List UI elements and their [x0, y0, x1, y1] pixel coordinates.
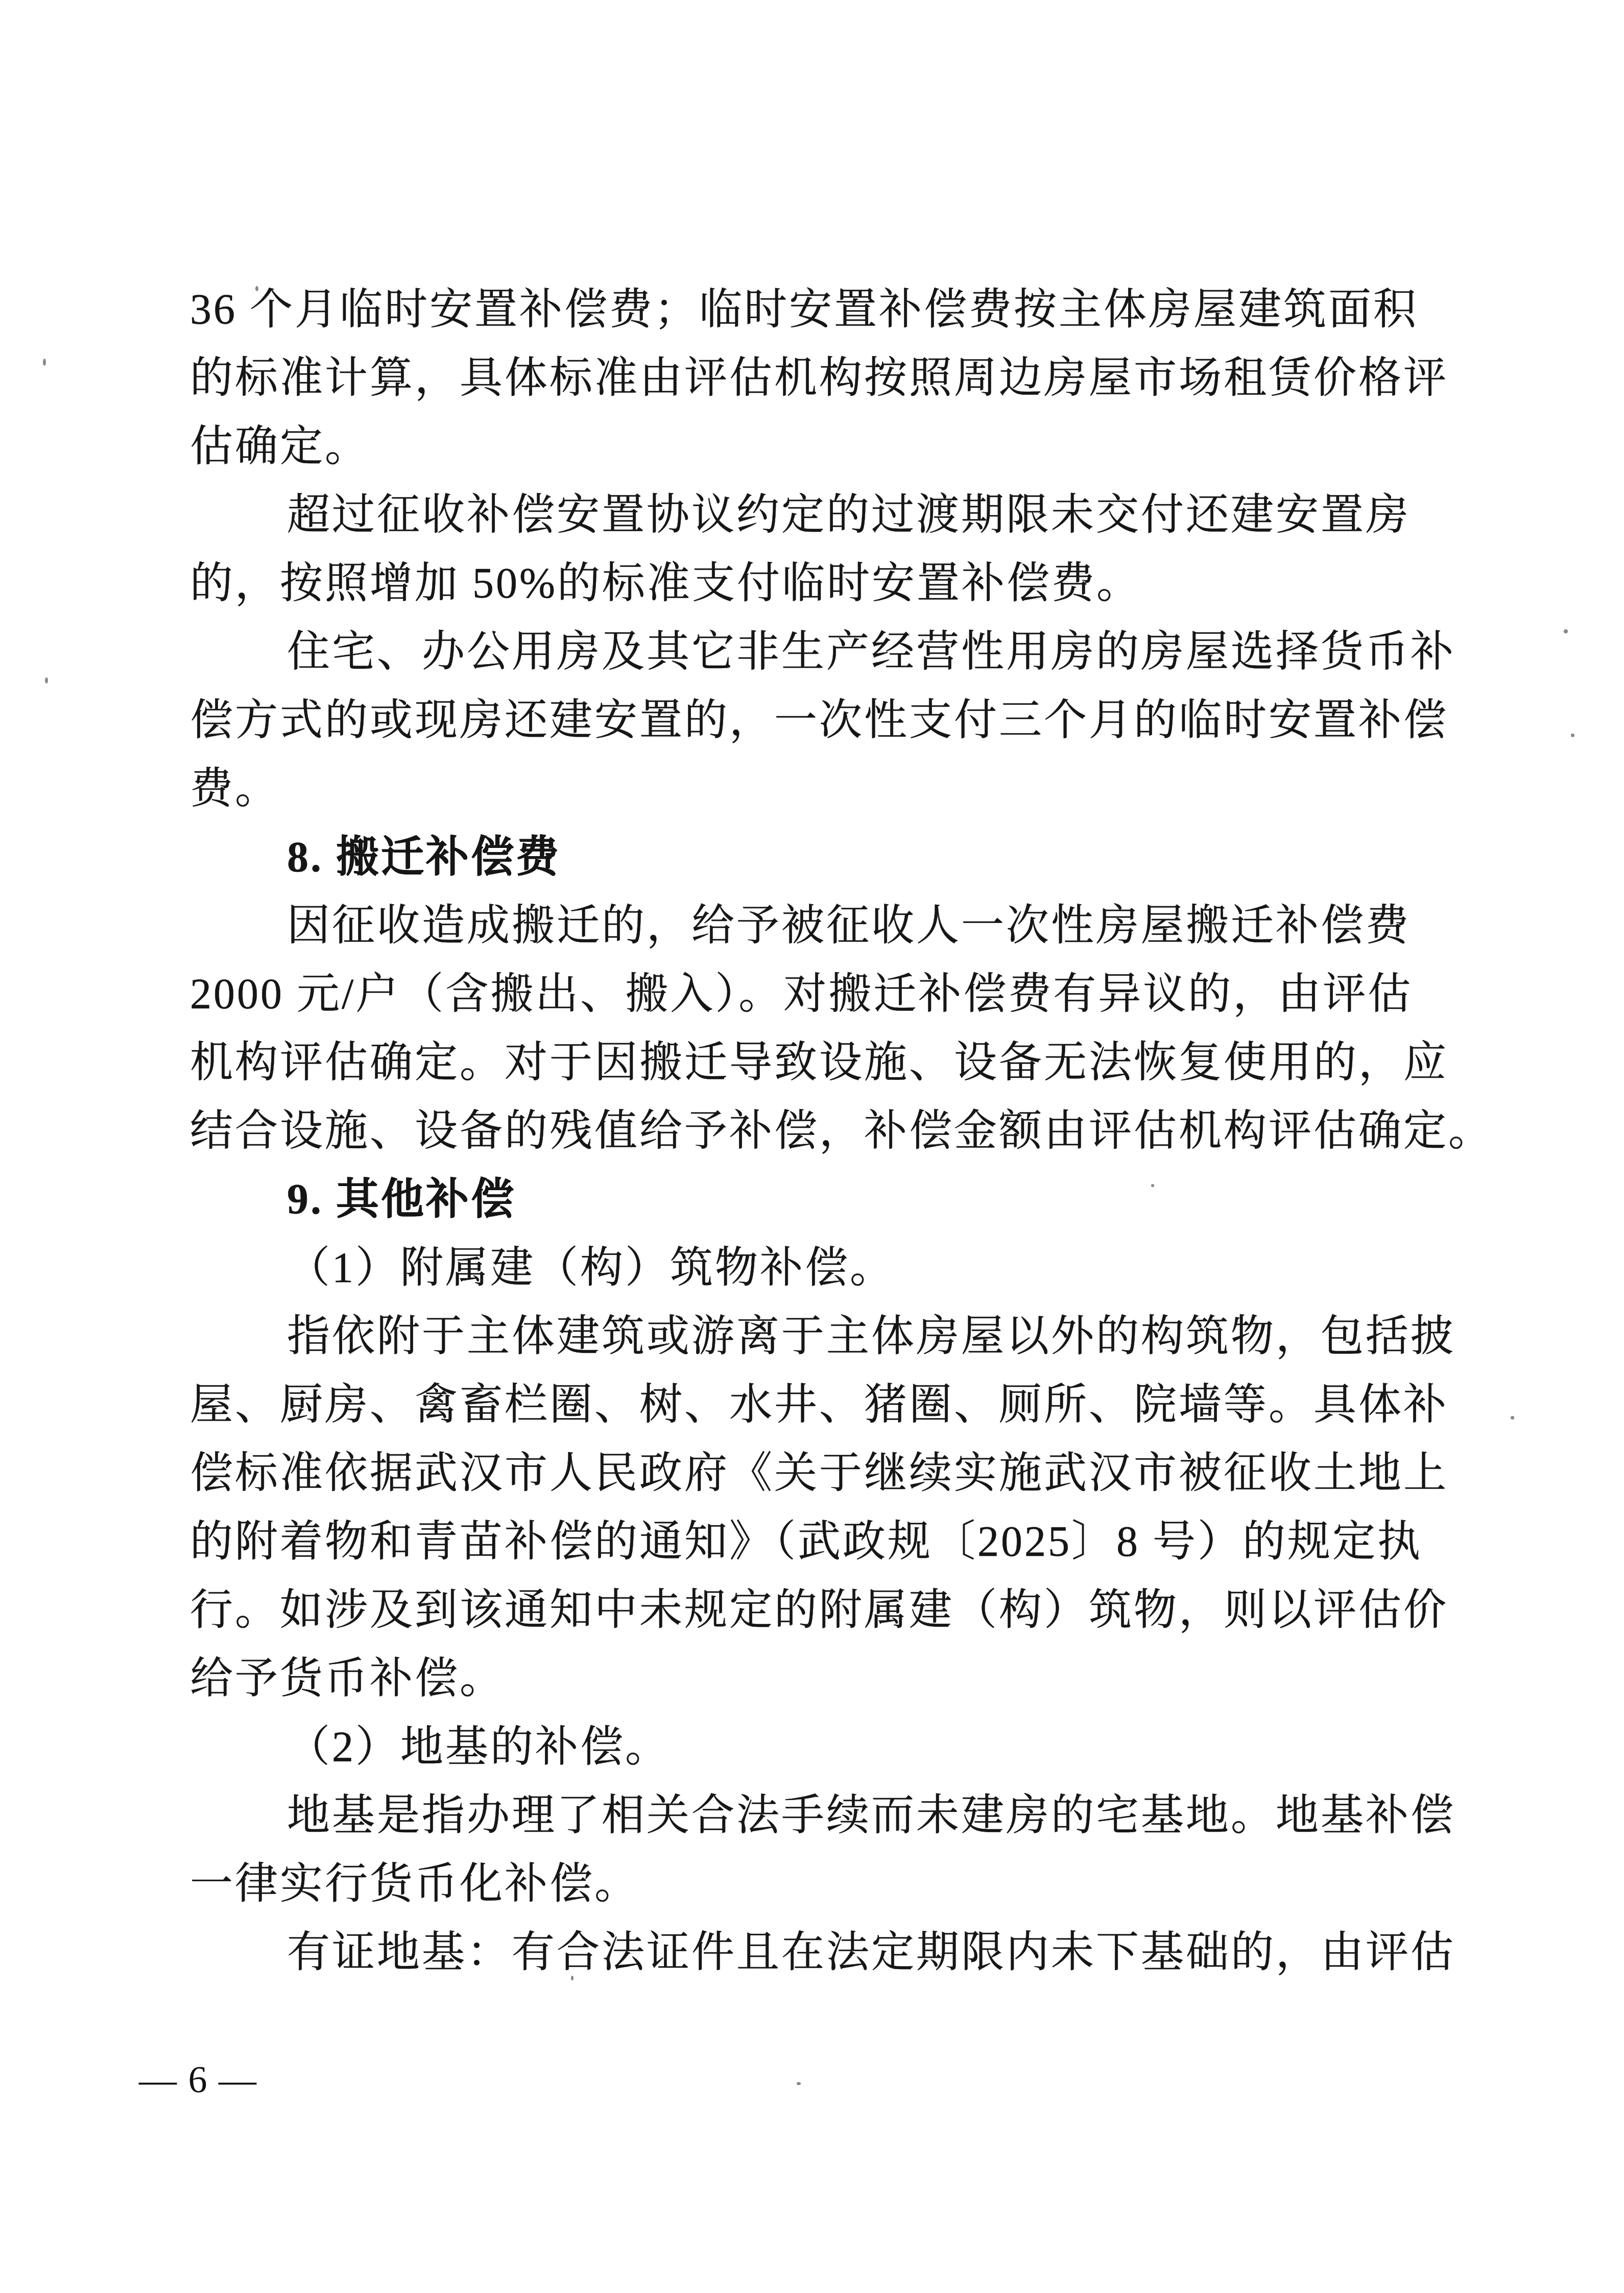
- text-line: 行。如涉及到该通知中未规定的附属建（构）筑物，则以评估价: [190, 1576, 1375, 1645]
- text-line: 给予货币补偿。: [190, 1645, 1375, 1713]
- list-item-2-heading: （2）地基的补偿。: [190, 1713, 1375, 1782]
- scan-speck: [1151, 1184, 1154, 1187]
- text-line: 的，按照增加 50%的标准支付临时安置补偿费。: [190, 550, 1375, 618]
- text-line: 的标准计算，具体标准由评估机构按照周边房屋市场租赁价格评: [190, 344, 1375, 413]
- scan-speck: [45, 677, 48, 683]
- text-line: 偿标准依据武汉市人民政府《关于继续实施武汉市被征收土地上: [190, 1439, 1375, 1508]
- text-line: 偿方式的或现房还建安置的，一次性支付三个月的临时安置补偿: [190, 687, 1375, 755]
- text-line: 超过征收补偿安置协议约定的过渡期限未交付还建安置房: [190, 481, 1375, 550]
- scan-speck: [255, 286, 258, 291]
- text-line: 的附着物和青苗补偿的通知》（武政规〔2025〕8 号）的规定执: [190, 1508, 1375, 1576]
- text-line: 机构评估确定。对于因搬迁导致设施、设备无法恢复使用的，应: [190, 1029, 1375, 1097]
- page-number: — 6 —: [139, 2054, 257, 2106]
- text-line: 因征收造成搬迁的，给予被征收人一次性房屋搬迁补偿费: [190, 892, 1375, 960]
- section-heading-9: 9. 其他补偿: [190, 1166, 1375, 1234]
- document-text-block: 36 个月临时安置补偿费；临时安置补偿费按主体房屋建筑面积 的标准计算，具体标准…: [190, 276, 1375, 1987]
- text-line: 2000 元/户（含搬出、搬入）。对搬迁补偿费有异议的，由评估: [190, 960, 1375, 1029]
- text-line: 估确定。: [190, 413, 1375, 481]
- text-line: 结合设施、设备的残值给予补偿，补偿金额由评估机构评估确定。: [190, 1097, 1375, 1166]
- list-item-1-heading: （1）附属建（构）筑物补偿。: [190, 1234, 1375, 1303]
- text-line: 屋、厨房、禽畜栏圈、树、水井、猪圈、厕所、院墙等。具体补: [190, 1371, 1375, 1439]
- text-line: 36 个月临时安置补偿费；临时安置补偿费按主体房屋建筑面积: [190, 276, 1375, 344]
- scan-speck: [1571, 734, 1574, 737]
- scan-speck: [571, 1976, 574, 1980]
- section-heading-8: 8. 搬迁补偿费: [190, 823, 1375, 892]
- scan-speck: [797, 2082, 801, 2085]
- text-line: 一律实行货币化补偿。: [190, 1850, 1375, 1919]
- text-line: 地基是指办理了相关合法手续而未建房的宅基地。地基补偿: [190, 1782, 1375, 1850]
- scan-speck: [1564, 629, 1568, 633]
- text-line: 费。: [190, 755, 1375, 823]
- text-line: 住宅、办公用房及其它非生产经营性用房的房屋选择货币补: [190, 618, 1375, 687]
- scan-speck: [1511, 1416, 1514, 1420]
- text-line: 指依附于主体建筑或游离于主体房屋以外的构筑物，包括披: [190, 1303, 1375, 1371]
- text-line: 有证地基：有合法证件且在法定期限内未下基础的，由评估: [190, 1919, 1375, 1987]
- document-page: 36 个月临时安置补偿费；临时安置补偿费按主体房屋建筑面积 的标准计算，具体标准…: [0, 0, 1624, 2293]
- scan-speck: [43, 359, 46, 366]
